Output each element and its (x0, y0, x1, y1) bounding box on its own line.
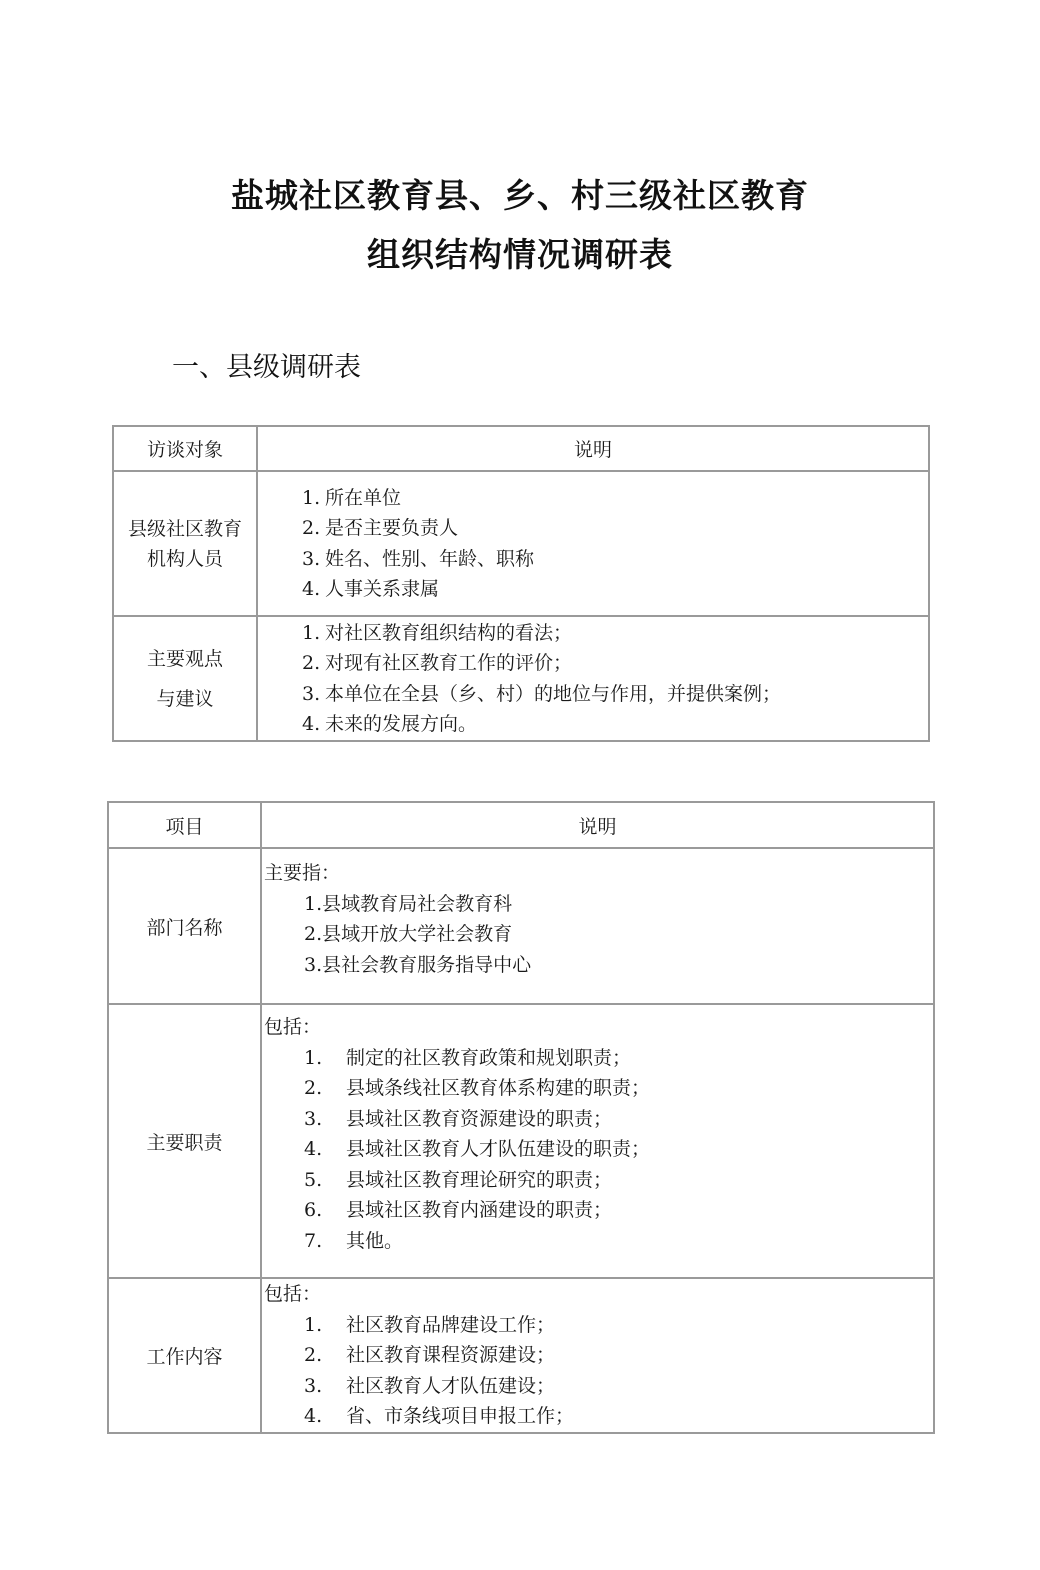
header-item: 项目 (108, 802, 261, 848)
row-description: 1.所在单位 2.是否主要负责人 3.姓名、性别、年龄、职称 4.人事关系隶属 (257, 471, 929, 616)
description-list: 1.对社区教育组织结构的看法； 2.对现有社区教育工作的评价； 3.本单位在全县… (258, 618, 928, 740)
list-item: 6.县域社区教育内涵建设的职责； (304, 1195, 933, 1226)
description-list: 1.制定的社区教育政策和规划职责； 2.县域条线社区教育体系构建的职责； 3.县… (262, 1043, 933, 1257)
header-interviewee: 访谈对象 (113, 426, 257, 471)
table-header-row: 访谈对象 说明 (113, 426, 929, 471)
header-description: 说明 (261, 802, 934, 848)
table-row: 县级社区教育 机构人员 1.所在单位 2.是否主要负责人 3.姓名、性别、年龄、… (113, 471, 929, 616)
list-item: 2.是否主要负责人 (302, 513, 928, 544)
interview-table: 访谈对象 说明 县级社区教育 机构人员 1.所在单位 2.是否主要负责人 3.姓… (112, 425, 930, 742)
row-label: 主要观点 与建议 (113, 616, 257, 741)
description-list: 1.所在单位 2.是否主要负责人 3.姓名、性别、年龄、职称 4.人事关系隶属 (258, 483, 928, 605)
row-description: 主要指： 1.县域教育局社会教育科 2.县域开放大学社会教育 3.县社会教育服务… (261, 848, 934, 1004)
list-item: 4.人事关系隶属 (302, 574, 928, 605)
table-row: 部门名称 主要指： 1.县域教育局社会教育科 2.县域开放大学社会教育 3.县社… (108, 848, 934, 1004)
list-item: 3.本单位在全县（乡、村）的地位与作用，并提供案例； (302, 679, 928, 710)
list-item: 5.县域社区教育理论研究的职责； (304, 1165, 933, 1196)
list-item: 3.县社会教育服务指导中心 (304, 950, 933, 981)
row-description: 包括： 1.制定的社区教育政策和规划职责； 2.县域条线社区教育体系构建的职责；… (261, 1004, 934, 1278)
description-list: 1.县域教育局社会教育科 2.县域开放大学社会教育 3.县社会教育服务指导中心 (262, 889, 933, 981)
list-item: 7.其他。 (304, 1226, 933, 1257)
list-item: 1.对社区教育组织结构的看法； (302, 618, 928, 649)
table-row: 主要观点 与建议 1.对社区教育组织结构的看法； 2.对现有社区教育工作的评价；… (113, 616, 929, 741)
row-label: 主要职责 (108, 1004, 261, 1278)
list-item: 1.县域教育局社会教育科 (304, 889, 933, 920)
list-item: 3.社区教育人才队伍建设； (304, 1371, 933, 1402)
list-item: 2.社区教育课程资源建设； (304, 1340, 933, 1371)
row-label: 部门名称 (108, 848, 261, 1004)
intro-text: 主要指： (262, 858, 933, 889)
document-title-line-1: 盐城社区教育县、乡、村三级社区教育 (0, 170, 1040, 217)
row-description: 包括： 1.社区教育品牌建设工作； 2.社区教育课程资源建设； 3.社区教育人才… (261, 1278, 934, 1433)
list-item: 2.对现有社区教育工作的评价； (302, 648, 928, 679)
list-item: 1.制定的社区教育政策和规划职责； (304, 1043, 933, 1074)
intro-text: 包括： (262, 1012, 933, 1043)
list-item: 1.所在单位 (302, 483, 928, 514)
table-header-row: 项目 说明 (108, 802, 934, 848)
list-item: 3.姓名、性别、年龄、职称 (302, 544, 928, 575)
header-description: 说明 (257, 426, 929, 471)
row-label: 工作内容 (108, 1278, 261, 1433)
list-item: 2.县域条线社区教育体系构建的职责； (304, 1073, 933, 1104)
row-description: 1.对社区教育组织结构的看法； 2.对现有社区教育工作的评价； 3.本单位在全县… (257, 616, 929, 741)
document-title-line-2: 组织结构情况调研表 (0, 229, 1040, 276)
list-item: 1.社区教育品牌建设工作； (304, 1310, 933, 1341)
list-item: 4.未来的发展方向。 (302, 709, 928, 740)
table-row: 工作内容 包括： 1.社区教育品牌建设工作； 2.社区教育课程资源建设； 3.社… (108, 1278, 934, 1433)
table-row: 主要职责 包括： 1.制定的社区教育政策和规划职责； 2.县域条线社区教育体系构… (108, 1004, 934, 1278)
list-item: 4.县域社区教育人才队伍建设的职责； (304, 1134, 933, 1165)
list-item: 2.县域开放大学社会教育 (304, 919, 933, 950)
department-table: 项目 说明 部门名称 主要指： 1.县域教育局社会教育科 2.县域开放大学社会教… (107, 801, 935, 1434)
row-label: 县级社区教育 机构人员 (113, 471, 257, 616)
section-heading: 一、县级调研表 (172, 345, 361, 384)
description-list: 1.社区教育品牌建设工作； 2.社区教育课程资源建设； 3.社区教育人才队伍建设… (262, 1310, 933, 1432)
list-item: 3.县域社区教育资源建设的职责； (304, 1104, 933, 1135)
intro-text: 包括： (262, 1279, 933, 1310)
list-item: 4.省、市条线项目申报工作； (304, 1401, 933, 1432)
